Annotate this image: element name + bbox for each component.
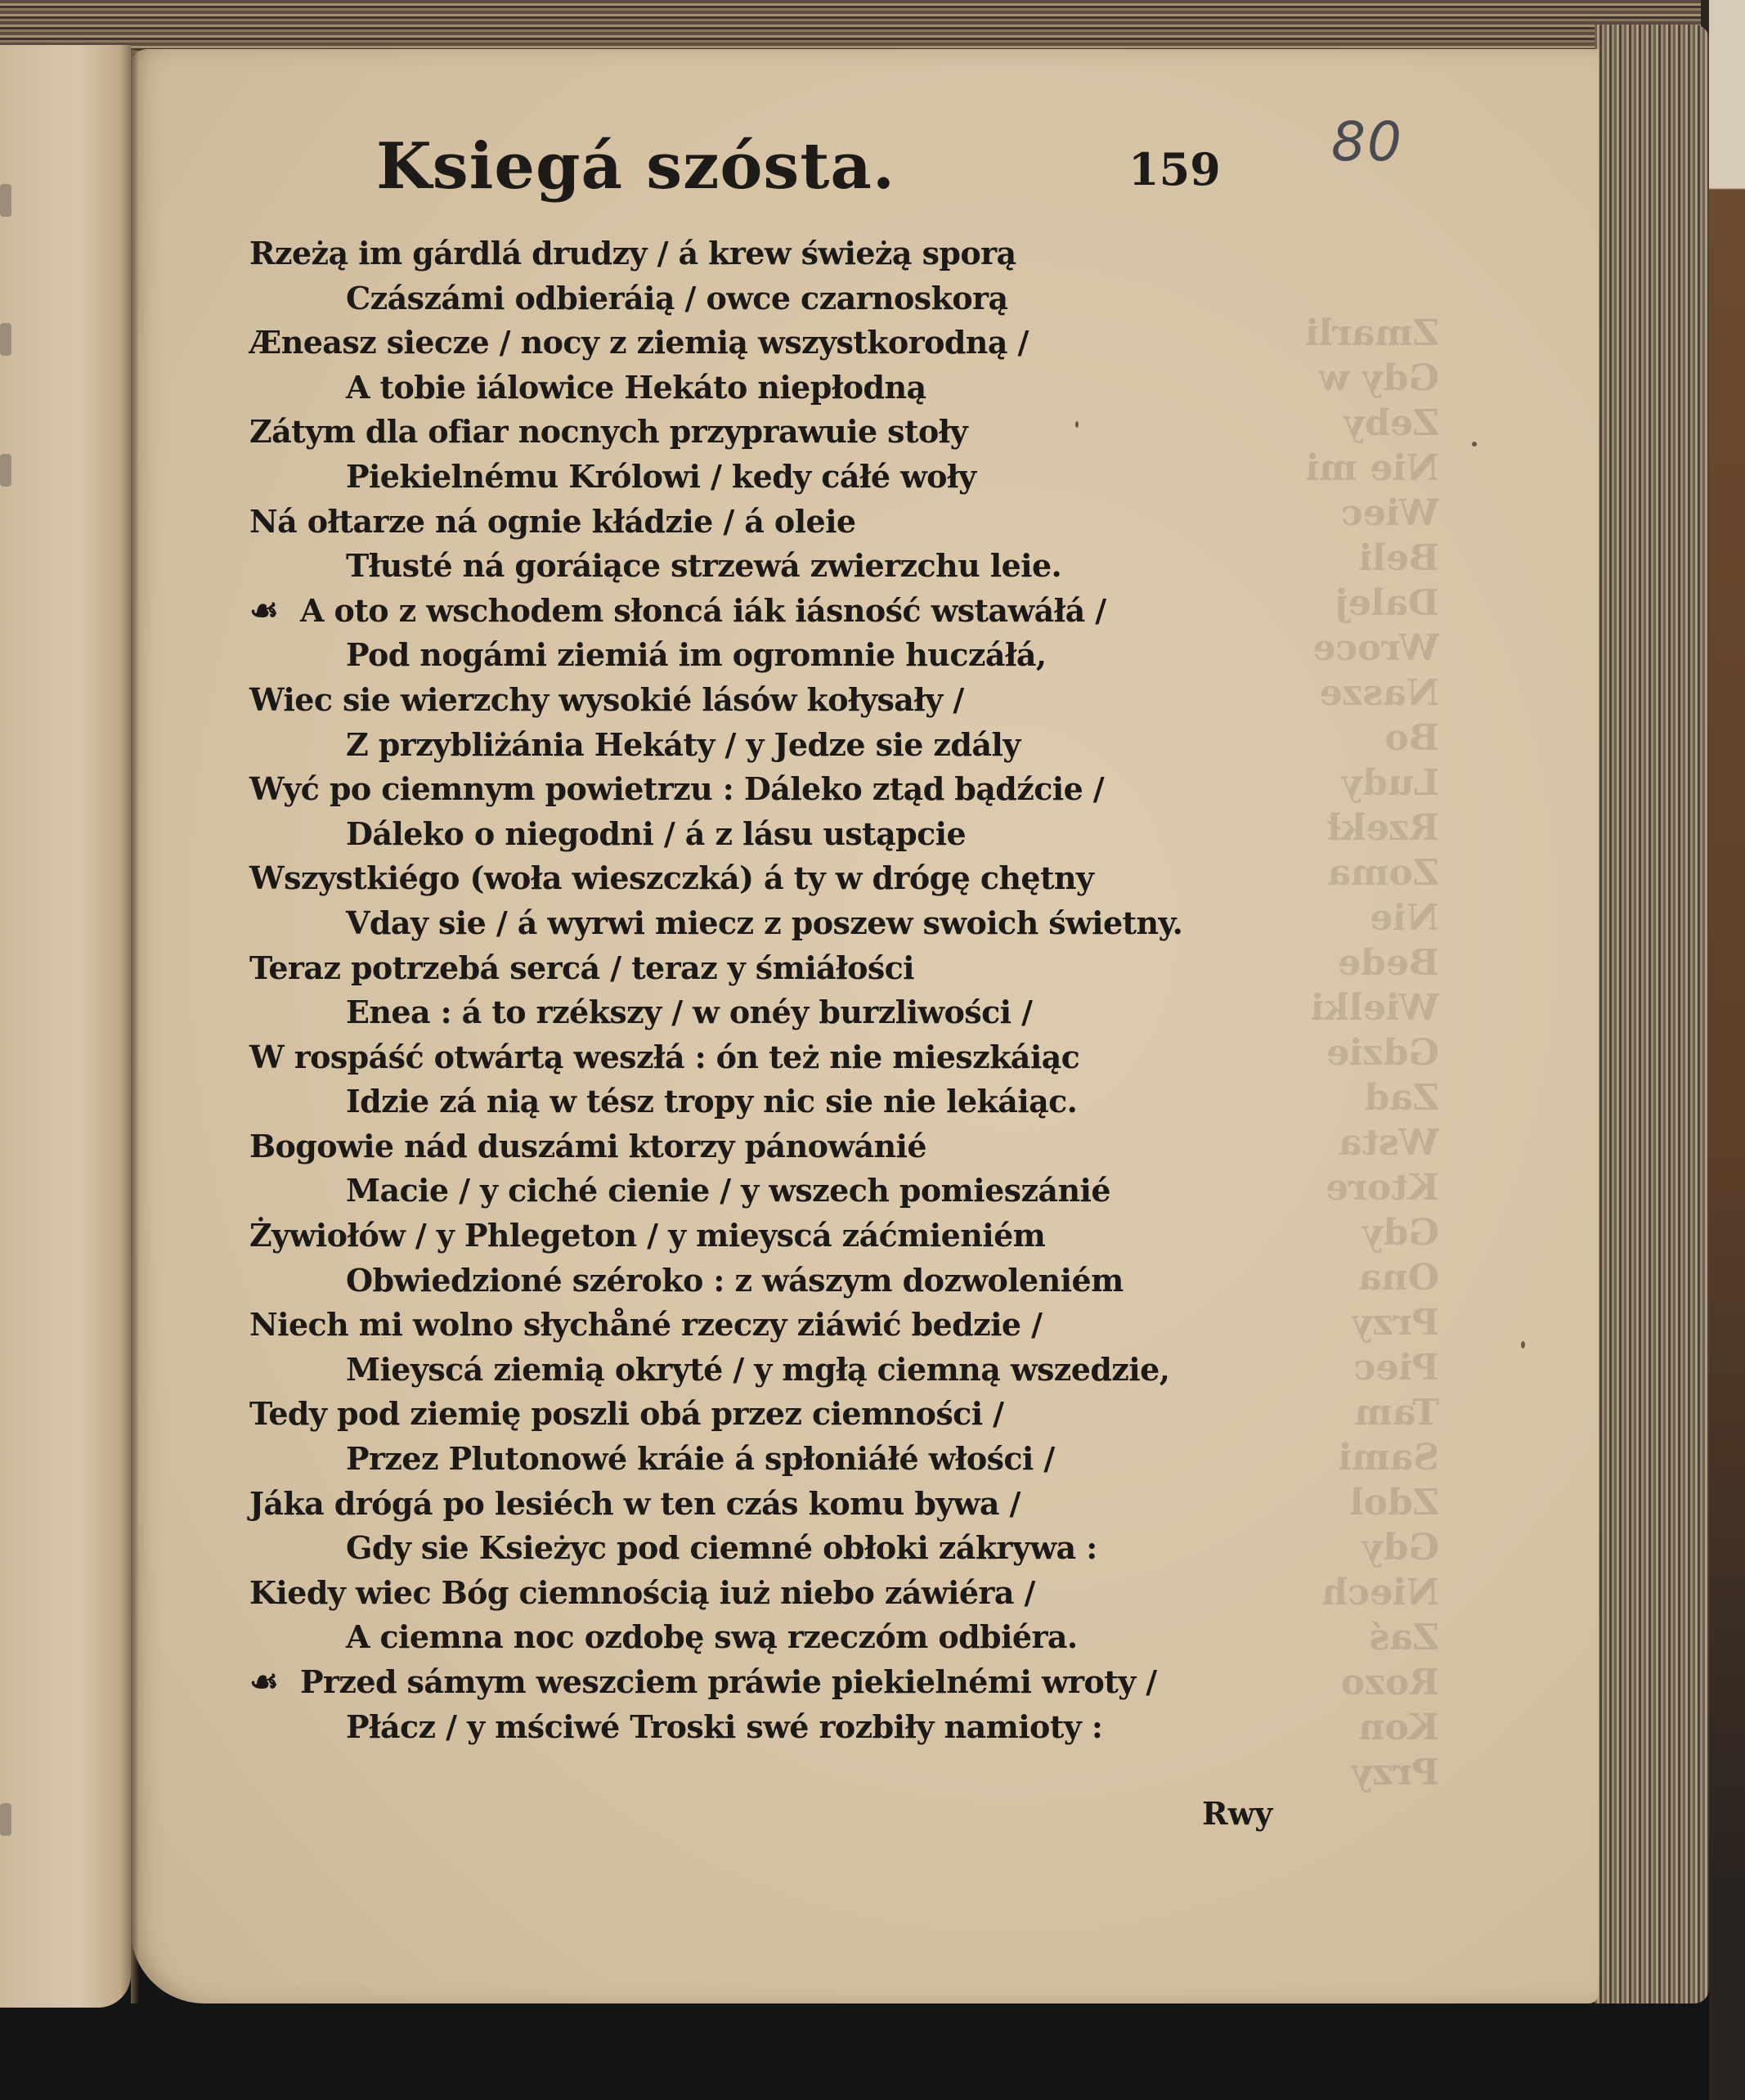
verse-line: Przez Plutonowé kráie á spłoniáłé włości… [249,1437,1231,1482]
verse-line-text: Gdy sie Ksieżyc pod ciemné obłoki zákryw… [346,1529,1097,1566]
verse-line-text: Z przybliżánia Hekáty / y Jedze sie zdál… [346,726,1021,763]
verse-line-text: Zátym dla ofiar nocnych przyprawuie stoł… [249,413,967,450]
verse-line: Żywiołów / y Phlegeton / y mieyscá záćmi… [249,1214,1231,1259]
verse-line: Ná ołtarze ná ognie kłádzie / á oleie [249,500,1231,545]
verse-line: Piekielnému Królowi / kedy cáłé woły [249,455,1231,500]
verse-line: Niech mi wolno słychåné rzeczy ziáwić be… [249,1303,1231,1348]
verse-line-text: Ná ołtarze ná ognie kłádzie / á oleie [249,503,856,540]
ink-bleed-mark [0,323,11,356]
verse-line-text: Tedy pod ziemię poszli obá przez ciemnoś… [249,1395,1003,1432]
verse-line: A ciemna noc ozdobę swą rzeczóm odbiéra. [249,1615,1231,1660]
gutter-shadow [131,49,139,2004]
paragraph-mark-icon: ☙ [249,589,300,634]
verse-line: Dáleko o niegodni / á z lásu ustąpcie [249,812,1231,857]
verse-line-text: Przed sámym weszciem práwie piekielnémi … [300,1663,1157,1700]
verse-line: Enea : á to rzékszy / w onéy burzliwości… [249,990,1231,1035]
verse-line-text: Teraz potrzebá sercá / teraz y śmiáłości [249,949,914,986]
verse-line-text: Æneasz siecze / nocy z ziemią wszystkoro… [249,324,1029,361]
verse-line-text: Dáleko o niegodni / á z lásu ustąpcie [346,815,966,852]
verse-line: Mieyscá ziemią okryté / y mgłą ciemną ws… [249,1348,1231,1393]
verse-line: Wiec sie wierzchy wysokié lásów kołysały… [249,678,1231,723]
verse-line-text: A oto z wschodem słoncá iák iásność wsta… [300,592,1106,629]
verse-line-text: Żywiołów / y Phlegeton / y mieyscá záćmi… [249,1217,1045,1254]
verse-line: Tedy pod ziemię poszli obá przez ciemnoś… [249,1392,1231,1437]
verse-line: Macie / y ciché cienie / y wszech pomies… [249,1169,1231,1214]
verse-line: Teraz potrzebá sercá / teraz y śmiáłości [249,946,1231,991]
verse-line: Z przybliżánia Hekáty / y Jedze sie zdál… [249,723,1231,768]
book-cover-right [1709,0,1745,2100]
verse-line: A tobie iálowice Hekáto niepłodną [249,366,1231,411]
verse-line-text: W rospáść otwártą weszłá : ón też nie mi… [249,1039,1079,1075]
verse-line: Tłusté ná goráiące strzewá zwierzchu lei… [249,544,1231,589]
running-head-title: Ksiegá szósta. [376,129,895,204]
verse-line-text: Bogowie nád duszámi ktorzy pánowánié [249,1128,926,1164]
verse-line-text: Enea : á to rzékszy / w onéy burzliwości… [346,994,1032,1030]
paper-speck [1521,1341,1525,1348]
verse-line: Rzeżą im gárdlá drudzy / á krew świeżą s… [249,231,1231,276]
verse-line-text: Tłusté ná goráiące strzewá zwierzchu lei… [346,547,1061,584]
verse-line-text: Wiec sie wierzchy wysokié lásów kołysały… [249,681,964,718]
verse-line: Zátym dla ofiar nocnych przyprawuie stoł… [249,410,1231,455]
verse-line: Wszystkiégo (woła wieszczká) á ty w dróg… [249,856,1231,901]
verse-line-text: Vday sie / á wyrwi miecz z poszew swoich… [346,904,1182,941]
ink-bleed-mark [0,1803,11,1836]
ink-bleed-mark [0,454,11,487]
verse-line-text: Macie / y ciché cienie / y wszech pomies… [346,1172,1110,1209]
page-number: 159 [1128,143,1221,195]
verse-line-text: A ciemna noc ozdobę swą rzeczóm odbiéra. [346,1618,1078,1655]
verse-line-text: Czászámi odbieráią / owce czarnoskorą [346,280,1008,316]
verse-line-text: Kiedy wiec Bóg ciemnością iuż niebo záwi… [249,1574,1035,1611]
catchword: Rwy [1202,1795,1272,1832]
paragraph-mark-icon: ☙ [249,1660,300,1705]
verse-line-text: Pod nogámi ziemiá im ogromnie huczáłá, [346,636,1047,673]
verse-line: ☙Przed sámym weszciem práwie piekielnémi… [249,1660,1231,1705]
verse-line-text: Płácz / y mściwé Troski swé rozbiły nami… [346,1708,1102,1745]
verse-line-text: Idzie zá nią w tész tropy nic sie nie le… [346,1083,1077,1120]
verse-line: Pod nogámi ziemiá im ogromnie huczáłá, [249,633,1231,678]
verse-line: ☙A oto z wschodem słoncá iák iásność wst… [249,589,1231,634]
verse-line-text: Wszystkiégo (woła wieszczká) á ty w dróg… [249,859,1093,896]
verse-line: Kiedy wiec Bóg ciemnością iuż niebo záwi… [249,1571,1231,1616]
verse-line: Idzie zá nią w tész tropy nic sie nie le… [249,1079,1231,1124]
pencil-foliation-number: 80 [1331,110,1403,173]
verse-line-text: A tobie iálowice Hekáto niepłodną [346,369,926,406]
verse-line: Bogowie nád duszámi ktorzy pánowánié [249,1124,1231,1169]
verse-line-text: Piekielnému Królowi / kedy cáłé woły [346,458,976,495]
verse-line-text: Jáka drógá po lesiéch w ten czás komu by… [249,1485,1021,1522]
verse-line-text: Niech mi wolno słychåné rzeczy ziáwić be… [249,1306,1042,1343]
ink-bleed-mark [0,184,11,217]
verse-text-block: Rzeżą im gárdlá drudzy / á krew świeżą s… [249,231,1231,1749]
verse-line: W rospáść otwártą weszłá : ón też nie mi… [249,1035,1231,1080]
verse-line: Czászámi odbieráią / owce czarnoskorą [249,276,1231,321]
verse-line-text: Obwiedzioné széroko : z wászym dozwoleni… [346,1262,1124,1299]
verse-line: Vday sie / á wyrwi miecz z poszew swoich… [249,901,1231,946]
verse-line: Płácz / y mściwé Troski swé rozbiły nami… [249,1705,1231,1750]
verse-line: Æneasz siecze / nocy z ziemią wszystkoro… [249,321,1231,366]
verse-line-text: Mieyscá ziemią okryté / y mgłą ciemną ws… [346,1351,1169,1388]
verse-line: Jáka drógá po lesiéch w ten czás komu by… [249,1482,1231,1527]
verso-page-edge [0,45,131,2008]
verse-line: Gdy sie Ksieżyc pod ciemné obłoki zákryw… [249,1526,1231,1571]
verse-line-text: Przez Plutonowé kráie á spłoniáłé włości… [346,1440,1055,1477]
page-block-fore-edge [1595,25,1709,2004]
verse-line-text: Rzeżą im gárdlá drudzy / á krew świeżą s… [249,235,1016,271]
paper-speck [1472,442,1477,446]
verse-line: Wyć po ciemnym powietrzu : Dáleko ztąd b… [249,767,1231,812]
verse-line-text: Wyć po ciemnym powietrzu : Dáleko ztąd b… [249,770,1104,807]
verse-line: Obwiedzioné széroko : z wászym dozwoleni… [249,1259,1231,1304]
show-through-text: ZmarliGdy wZebyNie miWiecBeliDalejWroceN… [1227,311,1439,1824]
